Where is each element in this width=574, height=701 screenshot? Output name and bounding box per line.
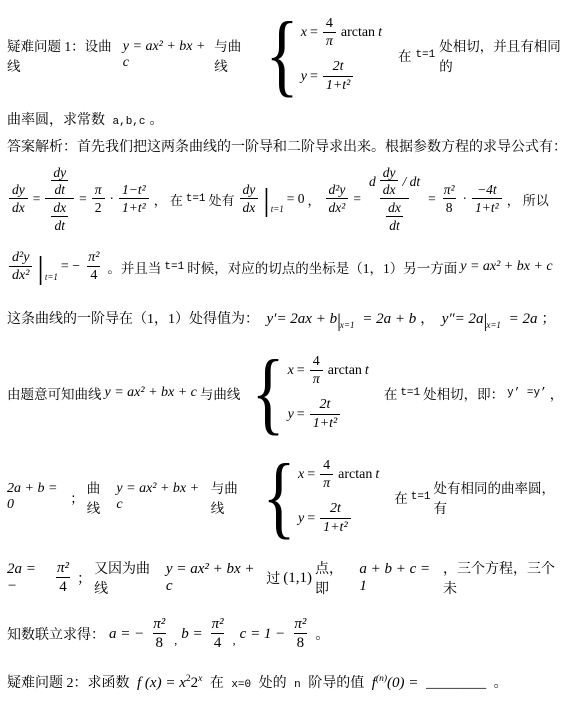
multiply-dot: · — [463, 191, 468, 207]
math-run: arctan — [338, 467, 372, 483]
fraction-numerator: dy — [9, 182, 28, 198]
fraction-denominator: dx dt — [45, 198, 74, 233]
system-y-equation: y = 2t 1+t² — [301, 59, 382, 93]
answer-intro-line: 答案解析：首先我们把这两条曲线的一阶导和二阶导求出来。根据参数方程的求导公式有： — [7, 136, 567, 156]
fraction-denominator: 8 — [443, 198, 456, 216]
multiply-dot: · — [110, 191, 115, 207]
fraction-denominator: dx² — [9, 266, 32, 284]
fraction: π² 8 — [150, 616, 168, 653]
math-run: = — [307, 511, 315, 527]
text-run: 。 — [150, 113, 164, 128]
fraction-numerator: dy dt — [45, 165, 74, 198]
math-run: = − — [61, 259, 80, 275]
text-run: 曲线 — [87, 477, 114, 517]
math-run: 2a = − — [7, 561, 49, 595]
fraction-numerator: 4 — [310, 354, 323, 370]
text-run: 知数联立求得： — [7, 624, 105, 644]
math-run: x — [288, 363, 294, 379]
fraction-numerator: π² — [441, 182, 458, 198]
math-run: = 0 — [287, 191, 305, 207]
parabola-equation: y = ax² + bx + c — [166, 561, 263, 595]
text-run: 在 — [206, 676, 227, 691]
fraction-denominator: dt — [51, 216, 68, 234]
math-run: = 2a — [505, 311, 538, 327]
text-run: 在 — [394, 487, 408, 507]
period: 。 — [315, 624, 329, 644]
second-derivative-value-line: d²y dx² | t=1 = − π² 4 。并且当 t=1 时候，对应的切点… — [7, 242, 567, 292]
fraction-denominator: 1+t² — [119, 198, 149, 216]
fraction-denominator: 1+t² — [320, 518, 351, 536]
curvature-condition-line: 2a + b = 0 ； 曲线 y = ax² + bx + c 与曲线 { x… — [7, 446, 567, 548]
system-equations: x = 4 π arctan t y = 2t 1+t² — [298, 458, 379, 535]
math-run: = — [297, 407, 305, 423]
fraction-numerator: d dy dx / dt — [366, 165, 423, 198]
solution-line: 知数联立求得： a = − π² 8 , b = π² 4 , c = 1 − … — [7, 610, 567, 658]
math-run: = — [310, 69, 318, 85]
fraction-numerator: 2t — [330, 59, 347, 75]
function-definition: f (x) = x — [137, 675, 186, 691]
math-run: = — [310, 25, 318, 41]
fraction: 2t 1+t² — [320, 501, 351, 535]
text-run: 在 — [384, 383, 398, 403]
fraction-numerator: π² — [54, 560, 72, 577]
math-run: t — [375, 467, 379, 483]
fraction: π² 4 — [54, 560, 72, 597]
fraction-denominator: 4 — [211, 633, 225, 652]
text-run: 在 — [170, 190, 183, 209]
fraction-numerator: π² — [291, 616, 309, 633]
math-run: = — [297, 363, 305, 379]
problem-2-line: 疑难问题 2：求函数 f (x) = x22x 在 x=0 处的 n 阶导的值 … — [7, 672, 567, 692]
fraction: −4t 1+t² — [472, 182, 502, 215]
y-prime-equality: y’ =y’ — [507, 387, 547, 399]
fraction: π² 8 — [441, 182, 458, 215]
fraction-numerator: dx — [50, 200, 69, 216]
text-run: 。并且当 — [107, 257, 161, 277]
text-run: 又因为曲线 — [94, 558, 163, 598]
math-run: a + b + c = 1 — [359, 561, 440, 595]
text-run: 与曲线 — [200, 383, 241, 403]
semicolon: ； — [70, 487, 84, 507]
evaluation-subscript: x=1 — [340, 320, 355, 330]
text-run: 处有相同的曲率圆，有 — [434, 477, 567, 517]
period: 。 — [490, 676, 508, 691]
fraction-denominator: 8 — [294, 633, 308, 652]
fraction-numerator: 2t — [317, 397, 334, 413]
fraction: 1−t² 1+t² — [119, 182, 149, 215]
fraction: 4 π — [320, 458, 333, 492]
system-x-equation: x = 4 π arctan t — [298, 458, 379, 492]
comma: ， — [420, 312, 438, 327]
text-run: 答案解析：首先我们把这两条曲线的一阶导和二阶导求出来。根据参数方程的求导公式有： — [7, 140, 567, 155]
comma: ， — [507, 190, 520, 209]
fraction-denominator: π — [310, 370, 323, 388]
t-equals-1: t=1 — [415, 49, 435, 61]
text-run: 与曲线 — [211, 477, 251, 517]
text-run: 处相切，并且有相同的 — [439, 35, 567, 75]
fraction: dx dt — [385, 200, 404, 233]
fraction: 2t 1+t² — [323, 59, 354, 93]
comma: ， — [154, 190, 167, 209]
fraction-denominator: 4 — [56, 577, 70, 596]
fraction-numerator: π — [92, 182, 105, 198]
fraction-denominator: π — [320, 474, 333, 492]
text-run: 这条曲线的一阶导在（1，1）处得值为： — [7, 312, 263, 327]
system-equations: x = 4 π arctan t y = 2t 1+t² — [288, 354, 369, 431]
math-run: = — [307, 467, 315, 483]
separator-comma: , — [233, 633, 236, 648]
math-run: t — [378, 25, 382, 41]
fraction-numerator: dy — [240, 182, 259, 198]
constants-abc: a,b,c — [113, 116, 146, 128]
math-run: y′= 2ax + b — [267, 311, 338, 327]
text-run: 处有 — [209, 190, 235, 209]
parabola-equation: y = ax² + bx + c — [123, 39, 210, 71]
t-equals-1: t=1 — [186, 193, 206, 205]
fraction: dx dt — [50, 200, 69, 233]
comma: ， — [308, 190, 321, 209]
problem-2-label: 疑难问题 2：求函数 — [7, 676, 133, 691]
math-document: 疑难问题 1：设曲线 y = ax² + bx + c 与曲线 { x = 4 … — [7, 8, 567, 692]
fraction: dy dt — [50, 165, 69, 198]
tangency-condition-line: 由题意可知曲线 y = ax² + bx + c 与曲线 { x = 4 π a… — [7, 342, 567, 444]
math-run: x — [301, 25, 307, 41]
text-run: 处相切，即： — [423, 383, 504, 403]
fraction-denominator: π — [323, 32, 336, 50]
fraction-numerator: π² — [209, 616, 227, 633]
fraction-numerator: dy — [380, 165, 399, 181]
fraction-denominator: dx — [240, 198, 259, 216]
parametric-system: { x = 4 π arctan t y = 2t — [260, 11, 382, 98]
math-run: d — [369, 174, 376, 190]
fraction-numerator: π² — [150, 616, 168, 633]
evaluation-subscript: t=1 — [45, 272, 58, 282]
fraction-denominator: 4 — [87, 266, 100, 284]
fraction-denominator: dt — [51, 180, 68, 198]
text-run: 阶导的值 — [305, 676, 368, 691]
math-run: = 2a + b — [358, 311, 416, 327]
semicolon: ； — [542, 312, 556, 327]
text-run: 处的 — [255, 676, 290, 691]
first-derivative-line: dy dx = dy dt dx dt = π 2 · 1− — [7, 158, 567, 240]
t-equals-1: t=1 — [164, 261, 184, 273]
text-run: 与曲线 — [214, 35, 252, 75]
fraction-numerator: dx — [385, 200, 404, 216]
fraction: π 2 — [92, 182, 105, 215]
fraction-denominator: dx — [380, 180, 399, 198]
evaluation-subscript: t=1 — [271, 204, 284, 214]
answer-blank: ________ — [426, 675, 486, 691]
fraction: 4 π — [310, 354, 323, 388]
text-run: 时候，对应的切点的坐标是（1，1）另一方面 — [187, 257, 457, 277]
fraction: π² 4 — [209, 616, 227, 653]
parametric-system: { x = 4 π arctan t y = 2t — [246, 349, 368, 436]
fraction-numerator: −4t — [474, 182, 500, 198]
math-run: 2a + b = 0 — [7, 481, 67, 513]
left-brace: { — [262, 453, 295, 540]
math-run: x — [298, 467, 304, 483]
fraction-numerator: 2t — [327, 501, 344, 517]
math-run: arctan — [328, 363, 362, 379]
system-x-equation: x = 4 π arctan t — [301, 16, 382, 50]
fraction-numerator: π² — [85, 250, 102, 266]
text-run: ，三个方程，三个未 — [443, 558, 567, 598]
x-equals-0: x=0 — [231, 679, 251, 691]
point-1-1: (1,1) — [283, 570, 312, 587]
fraction: d²y dx² — [326, 182, 349, 215]
fraction-numerator: 4 — [323, 16, 336, 32]
problem-1-line: 疑难问题 1：设曲线 y = ax² + bx + c 与曲线 { x = 4 … — [7, 8, 567, 102]
fraction-denominator: dx — [9, 198, 28, 216]
fraction-denominator: 1+t² — [323, 76, 354, 94]
base-2: 2 — [191, 675, 199, 691]
text-run: 曲率圆，求常数 — [7, 113, 109, 128]
math-run: c = 1 − — [240, 626, 286, 643]
nested-fraction: d dy dx / dt dx dt — [366, 165, 423, 233]
fraction: 2t 1+t² — [310, 397, 341, 431]
left-brace: { — [252, 349, 285, 436]
text-run: 过 — [266, 568, 280, 588]
math-run: = — [79, 191, 87, 207]
math-run: a = − — [109, 626, 144, 643]
math-run: y — [301, 69, 307, 85]
fraction-denominator: dt — [386, 216, 403, 234]
exponent-x: x — [198, 674, 202, 684]
math-run: / dt — [402, 174, 420, 190]
fraction: d²y dx² — [9, 250, 32, 284]
math-run: b = — [181, 626, 202, 643]
fraction: π² 8 — [291, 616, 309, 653]
text-run: 所以 — [523, 190, 549, 209]
math-run: = — [33, 191, 41, 207]
math-run: = — [353, 191, 361, 207]
fraction: π² 4 — [85, 250, 102, 284]
fraction-denominator: dx² — [326, 198, 349, 216]
parabola-equation: y = ax² + bx + c — [460, 259, 552, 275]
math-run: t — [365, 363, 369, 379]
point-condition-line: 2a = − π² 4 ； 又因为曲线 y = ax² + bx + c 过 (… — [7, 552, 567, 604]
separator-comma: , — [174, 633, 177, 648]
fraction-denominator: 1+t² — [310, 414, 341, 432]
evaluation-subscript: x=1 — [486, 320, 501, 330]
math-run: = — [428, 191, 436, 207]
nested-fraction: dy dt dx dt — [45, 165, 74, 233]
text-run: 点，即 — [315, 558, 356, 598]
math-run: y — [298, 511, 304, 527]
parabola-derivative-line: 这条曲线的一阶导在（1，1）处得值为： y′= 2ax + b|x=1 = 2a… — [7, 308, 567, 333]
text-run: 由题意可知曲线 — [7, 383, 102, 403]
fraction: dy dx — [380, 165, 399, 198]
fraction: 4 π — [323, 16, 336, 50]
fraction-numerator: d²y — [9, 250, 32, 266]
math-run: y — [288, 407, 294, 423]
fraction-numerator: 4 — [320, 458, 333, 474]
system-equations: x = 4 π arctan t y = 2t 1+t² — [301, 16, 382, 93]
math-run: (0) = — [387, 675, 422, 691]
t-equals-1: t=1 — [411, 491, 431, 503]
problem-1-label: 疑难问题 1：设曲线 — [7, 35, 119, 75]
math-run: y″= 2a — [442, 311, 484, 327]
parametric-system: { x = 4 π arctan t y = 2t — [257, 453, 379, 540]
parabola-equation: y = ax² + bx + c — [116, 481, 207, 513]
fraction-denominator: 1+t² — [472, 198, 502, 216]
math-run: arctan — [341, 25, 375, 41]
fraction-denominator: 2 — [92, 198, 105, 216]
system-y-equation: y = 2t 1+t² — [288, 397, 369, 431]
t-equals-1: t=1 — [400, 387, 420, 399]
parabola-equation: y = ax² + bx + c — [105, 385, 197, 401]
semicolon: ； — [77, 568, 91, 588]
evaluation-bar: | — [263, 181, 269, 218]
n-variable: n — [294, 679, 301, 691]
fraction-denominator: dx dt — [380, 198, 409, 233]
fraction-numerator: dy — [50, 165, 69, 181]
fraction-numerator: 1−t² — [119, 182, 149, 198]
comma: ， — [550, 383, 564, 403]
nth-derivative-superscript: (n) — [376, 674, 387, 684]
fraction: dy dx — [9, 182, 28, 215]
fraction-denominator: 8 — [153, 633, 167, 652]
left-brace: { — [265, 11, 298, 98]
text-run: 在 — [398, 45, 412, 65]
fraction: dy dx — [240, 182, 259, 215]
system-x-equation: x = 4 π arctan t — [288, 354, 369, 388]
fraction-numerator: d²y — [326, 182, 349, 198]
system-y-equation: y = 2t 1+t² — [298, 501, 379, 535]
evaluation-bar: | — [37, 249, 43, 286]
curvature-request-line: 曲率圆，求常数 a,b,c 。 — [7, 109, 567, 129]
